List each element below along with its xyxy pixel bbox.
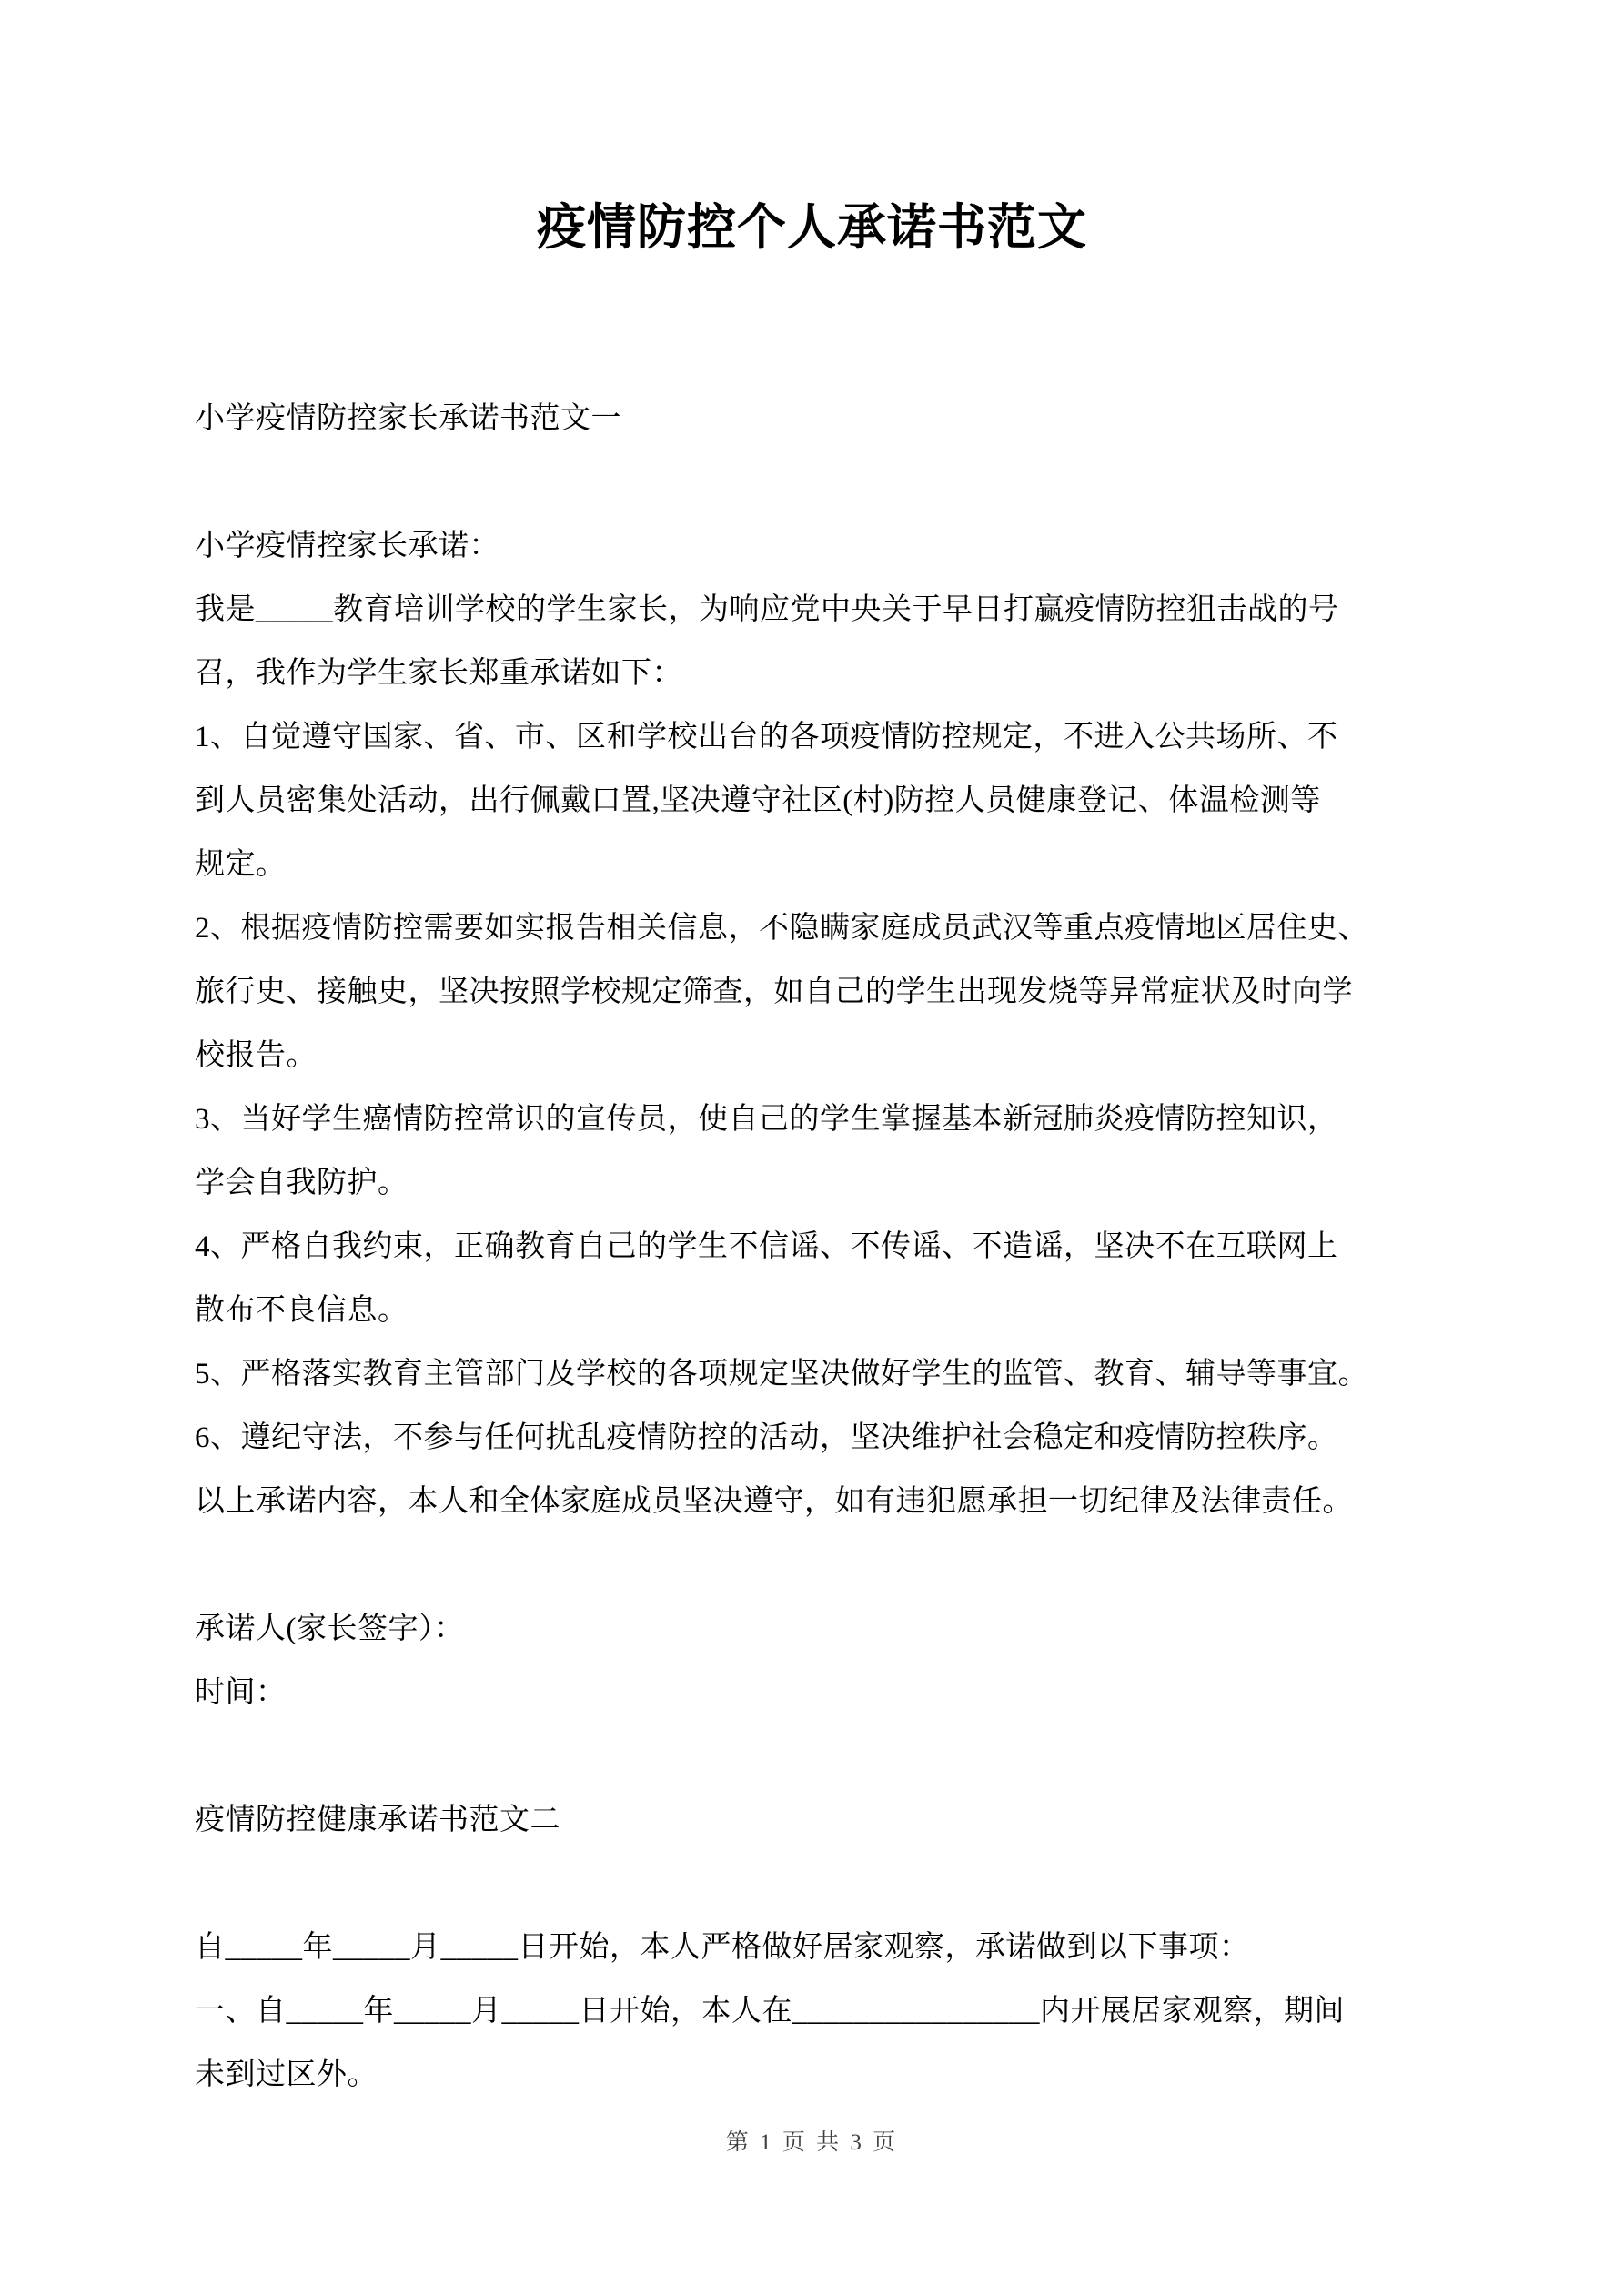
text-line: 承诺人(家长签字）： [195, 1597, 1433, 1661]
text-line: 4、严格自我约束，正确教育自己的学生不信谣、不传谣、不造谣，坚决不在互联网上 [195, 1215, 1433, 1279]
text-line: 小学疫情控家长承诺： [195, 514, 1433, 578]
text-line: 散布不良信息。 [195, 1279, 1433, 1342]
text-line: 规定。 [195, 833, 1433, 896]
text-line: 未到过区外。 [195, 2043, 1433, 2107]
text-line: 6、遵纪守法，不参与任何扰乱疫情防控的活动，坚决维护社会稳定和疫情防控秩序。 [195, 1406, 1433, 1470]
text-line: 到人员密集处活动，出行佩戴口置,坚决遵守社区(村)防控人员健康登记、体温检测等 [195, 769, 1433, 833]
document-page: 疫情防控个人承诺书范文 小学疫情防控家长承诺书范文一 小学疫情控家长承诺：我是_… [0, 0, 1624, 2296]
text-line: 以上承诺内容，本人和全体家庭成员坚决遵守，如有违犯愿承担一切纪律及法律责任。 [195, 1470, 1433, 1533]
blank-line [195, 450, 1433, 514]
text-line: 旅行史、接触史，坚决按照学校规定筛查，如自己的学生出现发烧等异常症状及时向学 [195, 960, 1433, 1024]
text-line: 我是_____教育培训学校的学生家长，为响应党中央关于早日打赢疫情防控狙击战的号 [195, 578, 1433, 642]
blank-line [195, 1533, 1433, 1597]
document-body: 小学疫情防控家长承诺书范文一 小学疫情控家长承诺：我是_____教育培训学校的学… [195, 387, 1433, 2107]
text-line: 学会自我防护。 [195, 1151, 1433, 1215]
text-line: 一、自_____年_____月_____日开始，本人在_____________… [195, 1979, 1433, 2043]
page-footer: 第 1 页 共 3 页 [0, 2124, 1624, 2157]
document-title: 疫情防控个人承诺书范文 [0, 0, 1624, 257]
text-line: 3、当好学生癌情防控常识的宣传员，使自己的学生掌握基本新冠肺炎疫情防控知识， [195, 1087, 1433, 1151]
blank-line [195, 1725, 1433, 1788]
blank-line [195, 1852, 1433, 1916]
text-line: 1、自觉遵守国家、省、市、区和学校出台的各项疫情防控规定，不进入公共场所、不 [195, 705, 1433, 769]
text-line: 疫情防控健康承诺书范文二 [195, 1788, 1433, 1852]
text-line: 2、根据疫情防控需要如实报告相关信息，不隐瞒家庭成员武汉等重点疫情地区居住史、 [195, 896, 1433, 960]
text-line: 校报告。 [195, 1024, 1433, 1087]
text-line: 召，我作为学生家长郑重承诺如下： [195, 642, 1433, 705]
text-line: 5、严格落实教育主管部门及学校的各项规定坚决做好学生的监管、教育、辅导等事宜。 [195, 1342, 1433, 1406]
text-line: 小学疫情防控家长承诺书范文一 [195, 387, 1433, 450]
text-line: 时间： [195, 1661, 1433, 1725]
text-line: 自_____年_____月_____日开始，本人严格做好居家观察，承诺做到以下事… [195, 1916, 1433, 1979]
